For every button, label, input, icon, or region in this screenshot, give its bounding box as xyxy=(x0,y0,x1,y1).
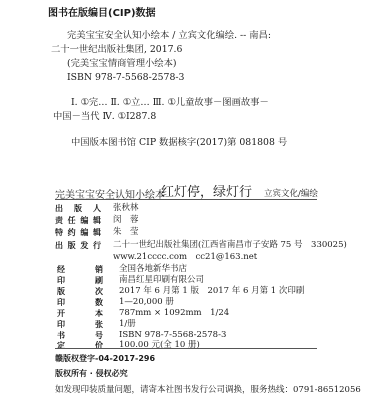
detail-label: 特约编辑 xyxy=(55,227,101,238)
detail-value: 张秋林 xyxy=(113,203,139,214)
detail-value: 二十一世纪出版社集团(江西省南昌市子安路 75 号 330025) xyxy=(113,240,347,251)
detail-value: 1/册 xyxy=(119,319,136,330)
detail-label: 版次 xyxy=(55,286,107,297)
detail-value: 2017 年 6 月第 1 版 2017 年 6 月第 1 次印刷 xyxy=(119,286,304,297)
copyright-registration: 赣版权登字-04-2017-296 xyxy=(55,353,155,364)
detail-value: 1—20,000 册 xyxy=(119,297,174,308)
cip-line-1: 完美宝宝安全认知小绘本 / 立宾文化编绘. -- 南昌: xyxy=(67,30,271,42)
detail-row: 出版人张秋林 xyxy=(55,203,139,214)
detail-row: 开本787mm × 1092mm 1/24 xyxy=(55,308,229,319)
detail-row: 出版发行二十一世纪出版社集团(江西省南昌市子安路 75 号 330025) xyxy=(55,240,347,251)
cip-line-5: Ⅰ. ①完… Ⅱ. ①立… Ⅲ. ①儿童故事－图画故事－ xyxy=(71,97,269,109)
book-author: 立宾文化/编绘 xyxy=(264,187,318,199)
detail-row: 印数1—20,000 册 xyxy=(55,297,174,308)
detail-value: 全国各地新华书店 xyxy=(119,264,187,275)
detail-label: 责任编辑 xyxy=(55,215,101,226)
detail-value: 朱 莹 xyxy=(113,227,139,238)
detail-value: www.21cccc.com cc21@163.net xyxy=(113,252,257,263)
cip-line-6: 中国－当代 Ⅳ. ①I287.8 xyxy=(53,111,156,123)
detail-label: 经销 xyxy=(55,264,107,275)
cip-line-2: 二十一世纪出版社集团, 2017.6 xyxy=(51,44,182,56)
rights-reserved: 版权所有 · 侵权必究 xyxy=(55,368,128,379)
detail-label: 印张 xyxy=(55,319,107,330)
detail-row: 版次2017 年 6 月第 1 版 2017 年 6 月第 1 次印刷 xyxy=(55,286,304,297)
detail-value: 100.00 元(全 10 册) xyxy=(119,340,200,351)
detail-row: 经销全国各地新华书店 xyxy=(55,264,187,275)
detail-label: 开本 xyxy=(55,308,107,319)
detail-row: 定价100.00 元(全 10 册) xyxy=(55,340,200,351)
detail-label: 印数 xyxy=(55,297,107,308)
detail-label: 定价 xyxy=(55,340,107,351)
cip-heading: 图书在版编目(CIP)数据 xyxy=(48,4,156,19)
top-rule xyxy=(55,199,317,200)
cip-line-3: (完美宝宝情商管理小绘本) xyxy=(67,58,177,70)
detail-value: 南昌红星印刷有限公司 xyxy=(119,275,204,286)
detail-row: www.21cccc.com cc21@163.net xyxy=(55,252,257,263)
book-title: 红灯停，绿灯行 xyxy=(161,181,252,200)
detail-label: 印刷 xyxy=(55,275,107,286)
detail-label xyxy=(55,252,101,263)
detail-row: 特约编辑朱 莹 xyxy=(55,227,139,238)
detail-value: 闵 蓉 xyxy=(113,215,139,226)
detail-row: 责任编辑闵 蓉 xyxy=(55,215,139,226)
detail-label: 出版人 xyxy=(55,203,101,214)
cip-library-note: 中国版本图书馆 CIP 数据核字(2017)第 081808 号 xyxy=(71,137,287,149)
detail-row: 印张1/册 xyxy=(55,319,136,330)
bottom-rule xyxy=(55,348,317,349)
cip-line-4: ISBN 978-7-5568-2578-3 xyxy=(67,72,184,84)
detail-label: 出版发行 xyxy=(55,240,101,251)
detail-row: 印刷南昌红星印刷有限公司 xyxy=(55,275,204,286)
detail-value: 787mm × 1092mm 1/24 xyxy=(119,308,229,319)
quality-notice: 如发现印装质量问题，请寄本社图书发行公司调换，服务热线：0791-8651205… xyxy=(55,383,361,395)
